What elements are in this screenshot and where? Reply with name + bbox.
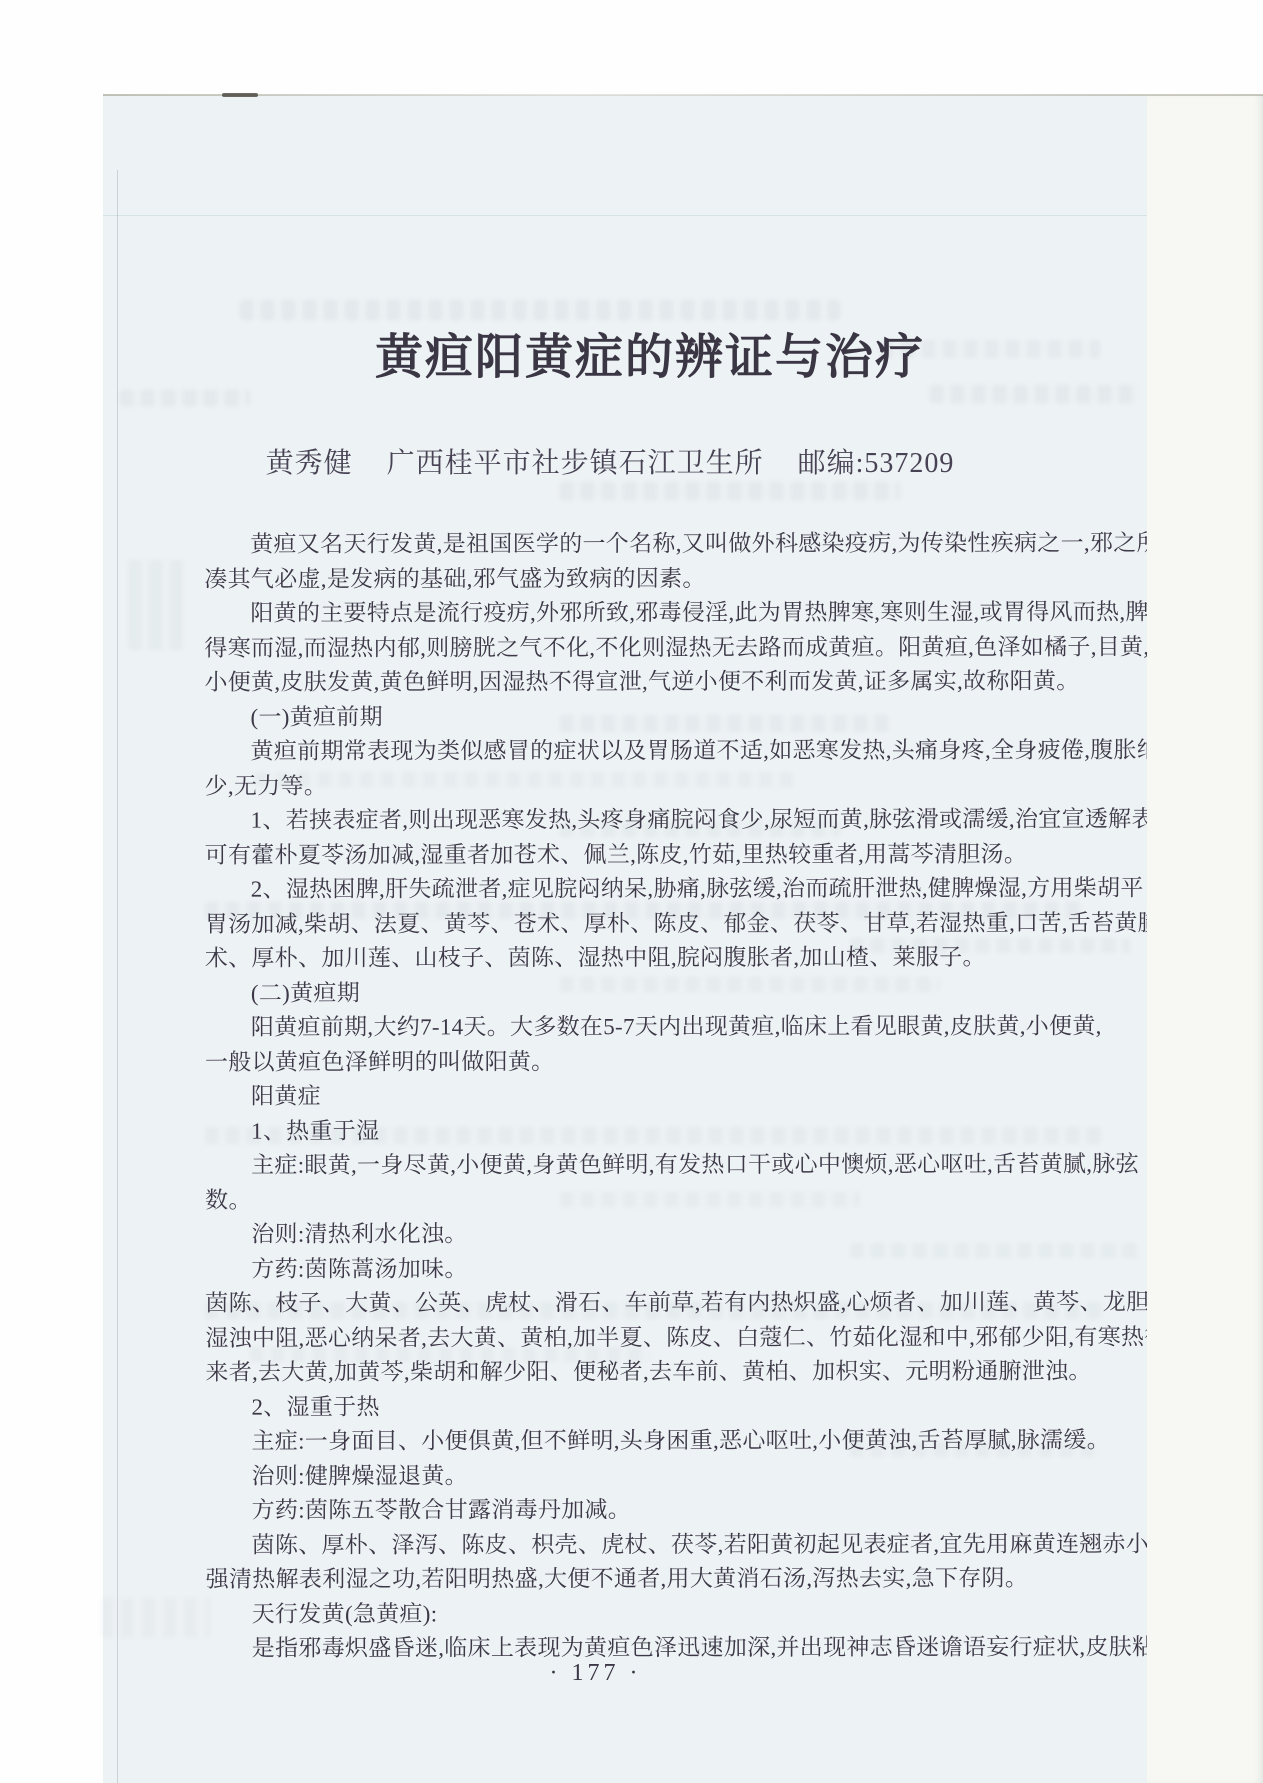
text-line: 阳黄疸前期,大约7-14天。大多数在5-7天内出现黄疸,临床上看见眼黄,皮肤黄,…: [205, 1009, 1263, 1045]
text-line: 主症:一身面目、小便俱黄,但不鲜明,头身困重,恶心呕吐,小便黄浊,舌苔厚腻,脉濡…: [205, 1423, 1263, 1459]
bleed-through-smudge: [560, 482, 900, 500]
text-line: 茵陈、厚朴、泽泻、陈皮、枳壳、虎杖、茯苓,若阳黄初起见表症者,宜先用麻黄连翘赤小…: [206, 1527, 1263, 1563]
text-line: 强清热解表利湿之功,若阳明热盛,大便不通者,用大黄消石汤,泻热去实,急下存阴。: [206, 1561, 1263, 1597]
text-line: 2、湿重于热: [205, 1389, 1263, 1425]
text-line: 1、若挟表症者,则出现恶寒发热,头疼身痛脘闷食少,尿短而黄,脉弦滑或濡缓,治宜宣…: [205, 802, 1263, 838]
text-line: 主症:眼黄,一身尽黄,小便黄,身黄色鲜明,有发热口干或心中懊烦,恶心呕吐,舌苔黄…: [205, 1147, 1263, 1183]
page-number: · 177 ·: [103, 1660, 1088, 1694]
text-line: 少,无力等。: [205, 768, 1263, 804]
text-line: 黄疸又名天行发黄,是祖国医学的一个名称,又叫做外科感染疫疠,为传染性疾病之一,邪…: [204, 526, 1262, 562]
text-line: (一)黄疸前期: [204, 699, 1262, 735]
text-line: 术、厚朴、加川莲、山枝子、茵陈、湿热中阻,脘闷腹胀者,加山楂、莱服子。: [205, 940, 1263, 976]
text-line: 黄疸前期常表现为类似感冒的症状以及胃肠道不适,如恶寒发热,头痛身疼,全身疲倦,腹…: [205, 733, 1263, 769]
author-name: 黄秀健: [266, 448, 353, 479]
scanned-page: 黄疸阳黄症的辨证与治疗 黄秀健广西桂平市社步镇石江卫生所邮编:537209 黄疸…: [0, 0, 1263, 1783]
text-body: 黄疸又名天行发黄,是祖国医学的一个名称,又叫做外科感染疫疠,为传染性疾病之一,邪…: [204, 526, 1263, 1647]
bleed-through-smudge: [240, 300, 840, 320]
byline: 黄秀健广西桂平市社步镇石江卫生所邮编:537209: [180, 441, 1040, 481]
text-line: 阳黄的主要特点是流行疫疠,外邪所致,邪毒侵淫,此为胃热脾寒,寒则生湿,或胃得风而…: [204, 595, 1262, 631]
page-gutter-line: [117, 170, 118, 1783]
page-cut-strip: [1147, 95, 1263, 1783]
text-line: 胃汤加减,柴胡、法夏、黄芩、苍术、厚朴、陈皮、郁金、茯苓、甘草,若湿热重,口苦,…: [205, 906, 1263, 942]
bleed-through-smudge: [120, 390, 250, 406]
text-line: 2、湿热困脾,肝失疏泄者,症见脘闷纳呆,胁痛,脉弦缓,治而疏肝泄热,健脾燥湿,方…: [205, 871, 1263, 907]
page-top-edge-mark: [222, 93, 258, 97]
page-title: 黄疸阳黄症的辨证与治疗: [180, 318, 1120, 384]
text-line: (二)黄疸期: [205, 975, 1263, 1011]
text-line: 一般以黄疸色泽鲜明的叫做阳黄。: [205, 1044, 1263, 1080]
text-line: 治则:清热利水化浊。: [205, 1216, 1263, 1252]
text-line: 阳黄症: [205, 1078, 1263, 1114]
text-line: 来者,去大黄,加黄芩,柴胡和解少阳、便秘者,去车前、黄柏、加枳实、元明粉通腑泄浊…: [205, 1354, 1263, 1390]
text-line: 治则:健脾燥湿退黄。: [206, 1458, 1263, 1494]
scan-line-artifact: [103, 215, 1263, 216]
text-line: 得寒而湿,而湿热内郁,则膀胱之气不化,不化则湿热无去路而成黄疸。阳黄疸,色泽如橘…: [204, 630, 1262, 666]
author-affiliation: 广西桂平市社步镇石江卫生所: [387, 448, 764, 479]
text-line: 可有藿朴夏苓汤加减,湿重者加苍术、佩兰,陈皮,竹茹,里热较重者,用蒿芩清胆汤。: [205, 837, 1263, 873]
text-line: 方药:茵陈五苓散合甘露消毒丹加减。: [206, 1492, 1263, 1528]
bleed-through-smudge: [930, 385, 1140, 403]
text-line: 1、热重于湿: [205, 1113, 1263, 1149]
text-line: 天行发黄(急黄疸):: [206, 1596, 1263, 1632]
bleed-through-smudge: [128, 560, 183, 650]
text-line: 湿浊中阻,恶心纳呆者,去大黄、黄柏,加半夏、陈皮、白蔻仁、竹茹化湿和中,邪郁少阳…: [205, 1320, 1263, 1356]
text-line: 小便黄,皮肤发黄,黄色鲜明,因湿热不得宣泄,气逆小便不利而发黄,证多属实,故称阳…: [204, 664, 1262, 700]
text-line: 方药:茵陈蒿汤加味。: [205, 1251, 1263, 1287]
author-postcode: 邮编:537209: [798, 448, 955, 479]
text-line: 茵陈、枝子、大黄、公英、虎杖、滑石、车前草,若有内热炽盛,心烦者、加川莲、黄芩、…: [205, 1285, 1263, 1321]
text-line: 数。: [205, 1182, 1263, 1218]
text-line: 凑其气必虚,是发病的基础,邪气盛为致病的因素。: [204, 561, 1262, 597]
page-top-edge: [103, 94, 1263, 96]
